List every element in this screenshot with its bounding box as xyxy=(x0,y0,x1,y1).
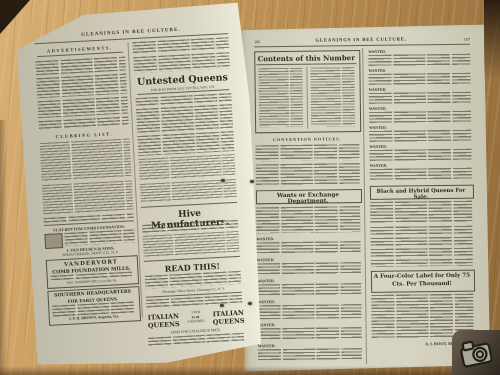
wanted-entry-label: WANTED. xyxy=(257,258,275,262)
contents-list-col2 xyxy=(310,67,355,127)
page-number-right: 187 xyxy=(446,37,470,42)
staple-hole xyxy=(248,302,252,305)
foundation-ad-image xyxy=(44,233,63,249)
wanted-entry-label: WANTED. xyxy=(369,145,387,149)
wants-exchange-heading: Wants or Exchange Department. xyxy=(256,192,360,205)
dealer-list xyxy=(140,179,237,203)
manufacturer-list xyxy=(143,231,240,258)
wanted-entry-label: WANTED. xyxy=(368,50,386,54)
text-block xyxy=(255,144,359,161)
italian-queens-price: 3 FOR $3.00. 4-BANDED xyxy=(182,309,211,324)
wanted-entry-label: WANTED. xyxy=(257,279,275,283)
left-page: GLEANINGS IN BEE CULTURE. ADVERTISEMENTS… xyxy=(15,2,263,370)
wanted-entry-label: WANTED. xyxy=(258,344,276,348)
text-block xyxy=(371,259,473,267)
queens-word: QUEENS xyxy=(213,317,245,327)
black-hybrid-heading: Black and Hybrid Queens For Sale. xyxy=(370,188,472,201)
photo-edge-shadow xyxy=(484,0,500,80)
italian-queens-right: ITALIAN QUEENS xyxy=(212,309,246,327)
text-block xyxy=(38,116,128,130)
text-block xyxy=(256,163,360,185)
text-block xyxy=(37,96,128,118)
classified-entry xyxy=(370,168,472,180)
four-color-label-heading-line1: A Four-Color Label for Only 75 xyxy=(371,273,473,280)
classified-entry xyxy=(257,262,361,275)
classified-entry xyxy=(369,149,471,161)
classified-entry xyxy=(368,54,470,66)
classified-entry xyxy=(257,304,361,319)
text-block xyxy=(132,37,228,54)
staple-hole xyxy=(220,304,224,307)
wanted-entry-label: WANTED. xyxy=(256,237,274,241)
running-head: GLEANINGS IN BEE CULTURE. xyxy=(268,37,454,44)
price-line: 4-BANDED xyxy=(188,319,205,324)
text-block xyxy=(133,52,230,73)
camera-icon xyxy=(456,334,496,372)
text-block xyxy=(256,206,360,233)
column-rule xyxy=(362,48,367,364)
text-block xyxy=(137,131,234,156)
wanted-entry-label: WANTED. xyxy=(370,164,388,168)
four-color-label-heading-line2: Cts. Per Thousand! xyxy=(371,281,473,288)
price-list xyxy=(42,180,133,215)
classified-entry xyxy=(368,73,470,85)
classified-entry xyxy=(257,241,361,254)
wanted-entry-label: WANTED. xyxy=(368,69,386,73)
right-page: 186 GLEANINGS IN BEE CULTURE. 187 Conten… xyxy=(238,24,490,371)
text-block xyxy=(64,229,135,246)
classified-entry xyxy=(258,348,362,361)
wanted-entry-label: WANTED. xyxy=(369,107,387,111)
staple-hole xyxy=(221,179,225,182)
dealer-list xyxy=(139,154,236,180)
text-block xyxy=(35,57,126,76)
text-block xyxy=(370,226,472,235)
photo-edge-shadow xyxy=(0,120,7,375)
classified-entry xyxy=(369,92,471,104)
price-list xyxy=(40,138,132,181)
text-block xyxy=(136,104,233,133)
classified-entry xyxy=(258,327,362,340)
photo-corner-shadow xyxy=(0,0,30,34)
queens-word: QUEENS xyxy=(148,320,180,330)
photo-edge-shadow xyxy=(0,366,500,375)
contents-heading: Contents of this Number xyxy=(254,53,358,63)
staple-hole xyxy=(250,180,254,183)
classified-entry xyxy=(369,111,471,123)
text-block xyxy=(371,248,473,258)
text-block xyxy=(36,74,127,99)
classified-entry xyxy=(257,283,361,296)
text-block xyxy=(370,201,472,224)
wanted-entry-label: WANTED. xyxy=(257,300,275,304)
wanted-entry-label: WANTED. xyxy=(369,88,387,92)
watermark-patch xyxy=(452,330,500,375)
wanted-entry-label: WANTED. xyxy=(369,126,387,130)
contents-list-col1 xyxy=(258,68,303,128)
photo-of-antique-magazine: 186 GLEANINGS IN BEE CULTURE. 187 Conten… xyxy=(0,0,500,375)
italian-queens-left: ITALIAN QUEENS xyxy=(147,312,181,330)
text-block xyxy=(370,237,472,246)
classified-entry xyxy=(369,130,471,142)
convention-notices-heading: CONVENTION NOTICES. xyxy=(255,136,359,142)
header-rule xyxy=(254,44,470,48)
